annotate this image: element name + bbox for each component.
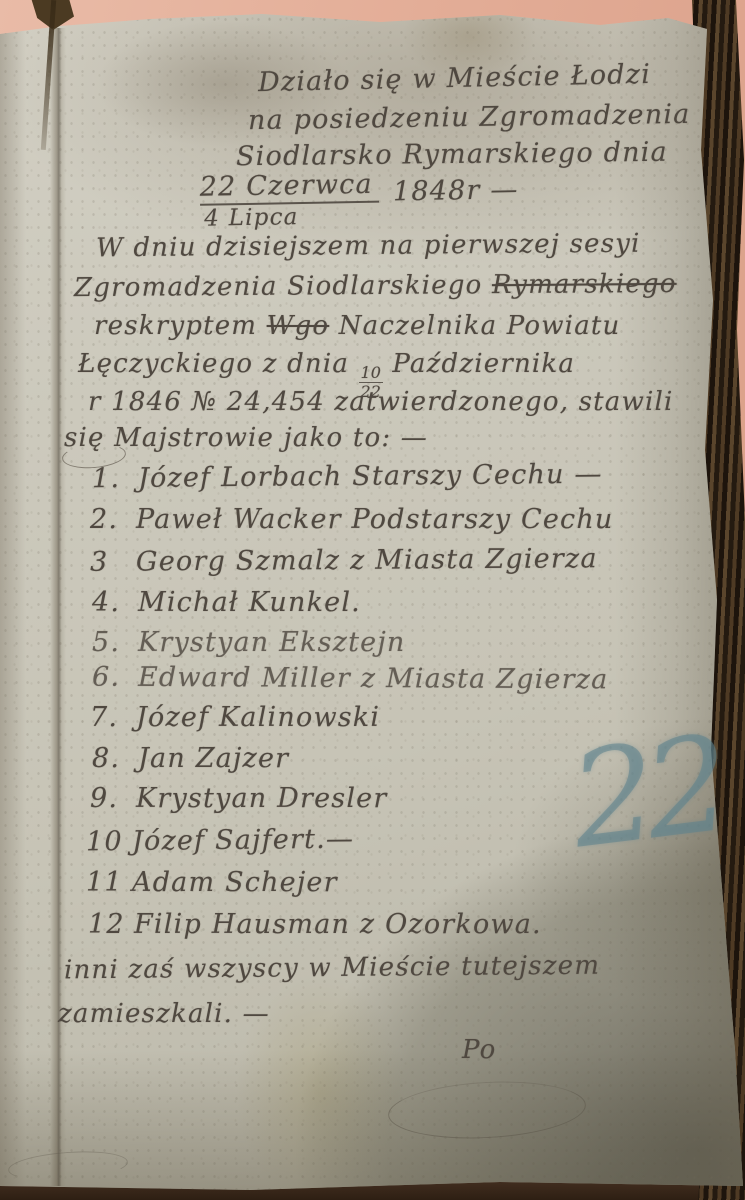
master-row: 1.Józef Lorbach Starszy Cechu —: [92, 460, 603, 494]
heading-line-2: na posiedzeniu Zgromadzenia: [248, 100, 691, 136]
master-row: 3Georg Szmalz z Miasta Zgierza: [90, 544, 598, 577]
master-number: 8.: [92, 744, 138, 774]
master-name: Paweł Wacker Podstarszy Cechu: [136, 504, 614, 535]
date-year: 1848r —: [393, 175, 519, 207]
master-name: Edward Miller z Miasta Zgierza: [138, 662, 609, 695]
master-name: Filip Hausman z Ozorkowa.: [134, 909, 542, 940]
master-name: Jan Zajzer: [138, 743, 289, 774]
master-number: 2.: [90, 505, 136, 535]
crossed-out-word: Rymarskiego: [492, 269, 677, 300]
master-number: 3: [90, 547, 136, 577]
master-row: 11Adam Schejer: [86, 868, 338, 898]
master-row: 7.Józef Kalinowski: [90, 703, 380, 733]
master-row: 2.Paweł Wacker Podstarszy Cechu: [90, 505, 614, 535]
closing-line-1: inni zaś wszyscy w Mieście tutejszem: [64, 952, 600, 985]
catchword: Po: [462, 1036, 497, 1065]
master-name: Józef Lorbach Starszy Cechu —: [138, 459, 603, 494]
master-row: 12Filip Hausman z Ozorkowa.: [88, 910, 542, 940]
master-number: 9.: [90, 784, 136, 814]
master-name: Józef Sajfert.—: [132, 824, 354, 857]
master-row: 10Józef Sajfert.—: [86, 825, 354, 857]
master-name: Krystyan Dresler: [136, 783, 387, 814]
master-name: Georg Szmalz z Miasta Zgierza: [136, 543, 598, 577]
master-number: 11: [86, 868, 132, 898]
body-line-3-post: Naczelnika Powiatu: [339, 311, 621, 341]
master-number: 5.: [92, 628, 138, 658]
master-number: 10: [86, 827, 132, 857]
master-name: Józef Kalinowski: [136, 702, 380, 733]
body-line-4-post: Października: [392, 349, 575, 379]
master-name: Michał Kunkel.: [138, 587, 361, 618]
master-name: Krystyan Eksztejn: [138, 627, 406, 658]
body-line-3: reskryptem Wgo Naczelnika Powiatu: [94, 312, 621, 341]
master-number: 6.: [92, 663, 138, 693]
master-row: 4.Michał Kunkel.: [92, 588, 361, 618]
master-number: 7.: [90, 703, 136, 733]
archival-page-number: 22: [563, 708, 729, 879]
master-number: 1.: [92, 464, 138, 494]
master-number: 4.: [92, 588, 138, 618]
master-row: 9.Krystyan Dresler: [90, 784, 387, 814]
body-line-2-text: Zgromadzenia Siodlarskiego: [74, 270, 483, 303]
heading-date: 22 Czerwca 4 Lipca 1848r —: [200, 167, 520, 232]
master-row: 8.Jan Zajzer: [92, 744, 289, 774]
body-line-4-pre: Łęczyckiego z dnia: [78, 349, 349, 379]
master-row: 6.Edward Miller z Miasta Zgierza: [92, 663, 609, 695]
body-line-2: Zgromadzenia Siodlarskiego Rymarskiego: [74, 270, 677, 303]
photo-of-manuscript-page: Działo się w Mieście Łodzi na posiedzeni…: [0, 0, 745, 1200]
fraction-numerator: 10: [359, 365, 383, 383]
heading-line-3: Siodlarsko Rymarskiego dnia: [236, 138, 668, 172]
crossed-out-abbrev: Wgo: [267, 311, 330, 341]
master-number: 12: [88, 910, 134, 940]
body-line-5: r 1846 № 24,454 zatwierdzonego, stawili: [88, 388, 674, 417]
date-gregorian: 4 Lipca: [200, 202, 379, 231]
closing-line-2: zamieszkali. —: [58, 1000, 270, 1029]
body-line-3-pre: reskryptem: [94, 311, 257, 341]
body-line-1: W dniu dzisiejszem na pierwszej sesyi: [96, 230, 641, 263]
date-julian: 22 Czerwca: [200, 170, 380, 206]
dual-date: 22 Czerwca 4 Lipca: [200, 170, 380, 232]
master-name: Adam Schejer: [132, 867, 338, 898]
master-row: 5.Krystyan Eksztejn: [92, 628, 406, 658]
